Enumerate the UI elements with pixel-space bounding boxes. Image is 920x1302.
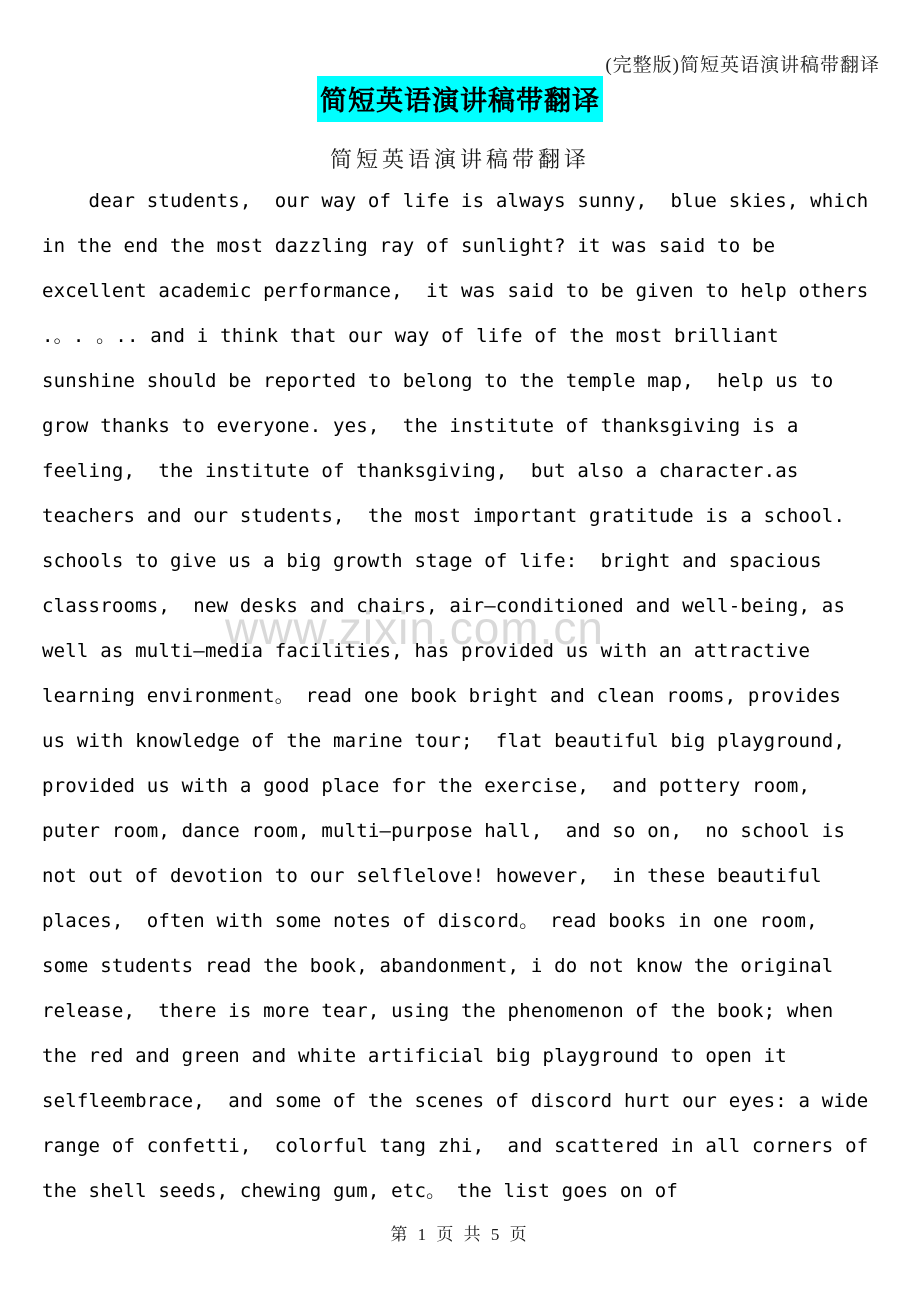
document-body: dear students, our way of life is always…: [42, 179, 890, 1214]
body-line: teachers and our students, the most impo…: [42, 494, 890, 539]
body-line: well as multi—media facilities, has prov…: [42, 629, 890, 674]
body-line: range of confetti, colorful tang zhi, an…: [42, 1124, 890, 1169]
body-line: release, there is more tear, using the p…: [42, 989, 890, 1034]
body-line: selfleembrace, and some of the scenes of…: [42, 1079, 890, 1124]
body-line: .。. 。.. and i think that our way of life…: [42, 314, 890, 359]
body-line: classrooms, new desks and chairs, air—co…: [42, 584, 890, 629]
body-line: in the end the most dazzling ray of sunl…: [42, 224, 890, 269]
body-line: not out of devotion to our selflelove! h…: [42, 854, 890, 899]
body-line: the shell seeds, chewing gum, etc。 the l…: [42, 1169, 890, 1214]
document-subtitle: 简短英语演讲稿带翻译: [0, 143, 920, 174]
page-number-footer: 第 1 页 共 5 页: [0, 1220, 920, 1245]
body-line: feeling, the institute of thanksgiving, …: [42, 449, 890, 494]
body-line: schools to give us a big growth stage of…: [42, 539, 890, 584]
body-line: some students read the book, abandonment…: [42, 944, 890, 989]
body-line: sunshine should be reported to belong to…: [42, 359, 890, 404]
body-line: provided us with a good place for the ex…: [42, 764, 890, 809]
body-line: excellent academic performance, it was s…: [42, 269, 890, 314]
body-line: us with knowledge of the marine tour; fl…: [42, 719, 890, 764]
document-page: (完整版)简短英语演讲稿带翻译 简短英语演讲稿带翻译 简短英语演讲稿带翻译 ww…: [0, 0, 920, 1302]
body-line: the red and green and white artificial b…: [42, 1034, 890, 1079]
body-line: places, often with some notes of discord…: [42, 899, 890, 944]
body-line: learning environment。 read one book brig…: [42, 674, 890, 719]
body-line: grow thanks to everyone. yes, the instit…: [42, 404, 890, 449]
page-header-text: (完整版)简短英语演讲稿带翻译: [605, 50, 880, 77]
document-title: 简短英语演讲稿带翻译: [317, 76, 603, 122]
title-row: 简短英语演讲稿带翻译: [0, 76, 920, 122]
body-line: puter room, dance room, multi—purpose ha…: [42, 809, 890, 854]
body-line: dear students, our way of life is always…: [42, 179, 890, 224]
